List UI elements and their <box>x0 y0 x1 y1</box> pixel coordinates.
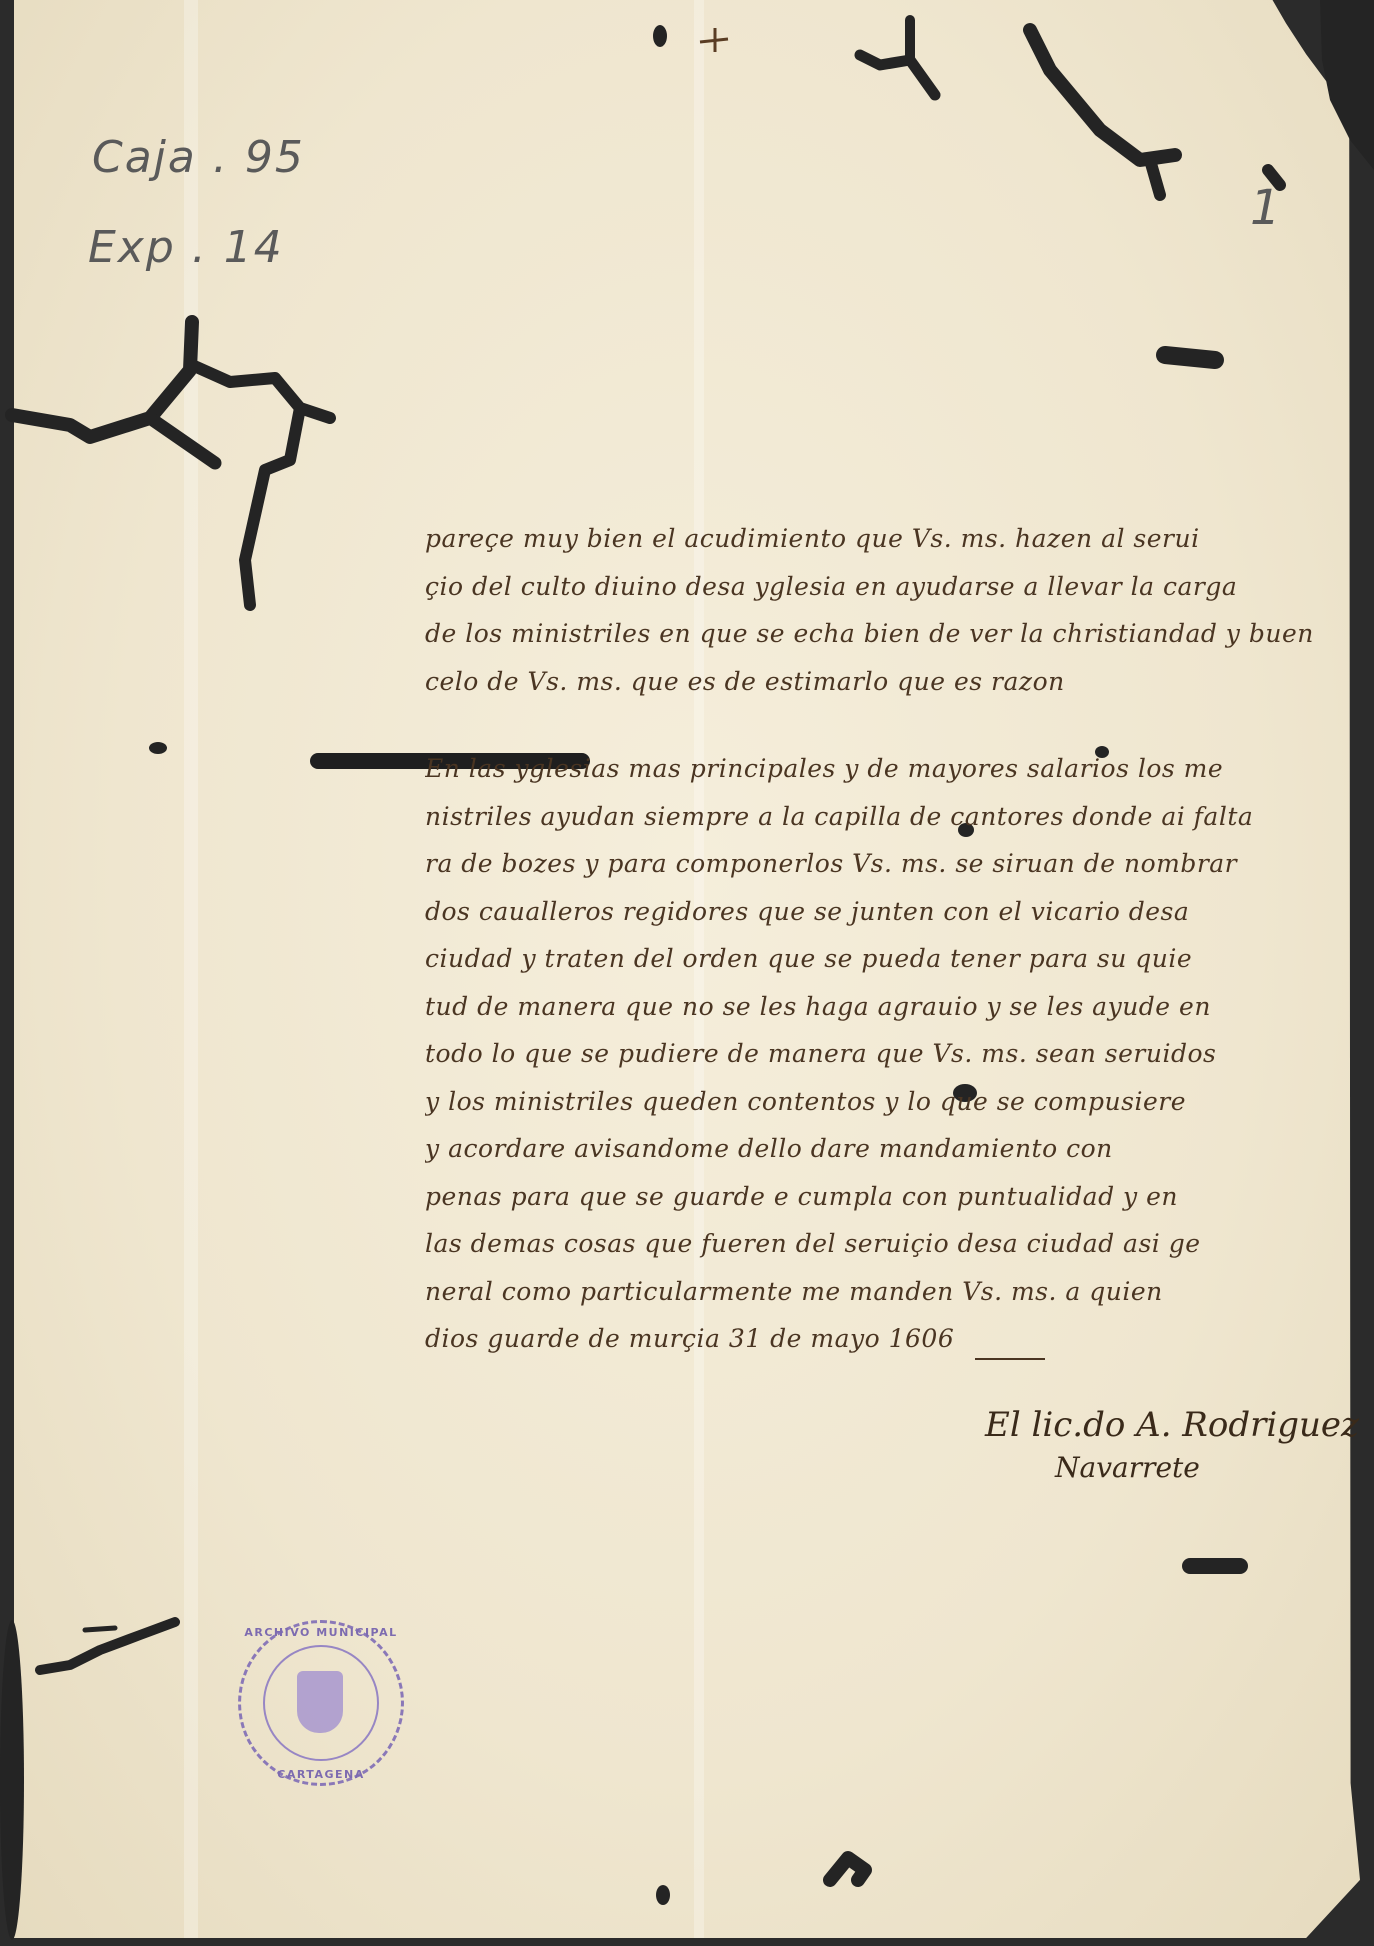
date-underline <box>975 1358 1045 1360</box>
archive-box-number: Caja . 95 <box>92 132 305 183</box>
archive-file-number: Exp . 14 <box>88 222 284 273</box>
body-line: penas para que se guarde e cumpla con pu… <box>425 1173 1335 1221</box>
body-line: ciudad y traten del orden que se pueda t… <box>425 935 1335 983</box>
signature: El lic.do A. Rodriguez Navarrete <box>985 1405 1359 1484</box>
body-line: nistriles ayudan siempre a la capilla de… <box>425 793 1335 841</box>
body-line: todo lo que se pudiere de manera que Vs.… <box>425 1030 1335 1078</box>
body-line: pareçe muy bien el acudimiento que Vs. m… <box>425 515 1335 563</box>
closing-date-line: dios guarde de murçia 31 de mayo 1606 <box>425 1315 1335 1363</box>
stamp-bottom-text: CARTAGENA <box>241 1768 401 1781</box>
body-line: tud de manera que no se les haga agrauio… <box>425 983 1335 1031</box>
body-line: las demas cosas que fueren del seruiçio … <box>425 1220 1335 1268</box>
body-line: ra de bozes y para componerlos Vs. ms. s… <box>425 840 1335 888</box>
folio-number: 1 <box>1250 180 1281 236</box>
archive-stamp: ARCHIVO MUNICIPAL CARTAGENA <box>238 1620 404 1786</box>
body-line: neral como particularmente me manden Vs.… <box>425 1268 1335 1316</box>
body-line: celo de Vs. ms. que es de estimarlo que … <box>425 658 1335 706</box>
stamp-top-text: ARCHIVO MUNICIPAL <box>241 1626 401 1639</box>
letter-body: pareçe muy bien el acudimiento que Vs. m… <box>425 515 1335 1363</box>
body-line: de los ministriles en que se echa bien d… <box>425 610 1335 658</box>
body-line: çio del culto diuino desa yglesia en ayu… <box>425 563 1335 611</box>
body-line: dos caualleros regidores que se junten c… <box>425 888 1335 936</box>
coat-of-arms-icon <box>297 1671 343 1733</box>
body-line: y los ministriles queden contentos y lo … <box>425 1078 1335 1126</box>
signature-surname: Navarrete <box>1055 1451 1359 1484</box>
body-line: y acordare avisandome dello dare mandami… <box>425 1125 1335 1173</box>
body-line: En las yglesias mas principales y de may… <box>425 745 1335 793</box>
signature-name: El lic.do A. Rodriguez <box>985 1405 1359 1445</box>
